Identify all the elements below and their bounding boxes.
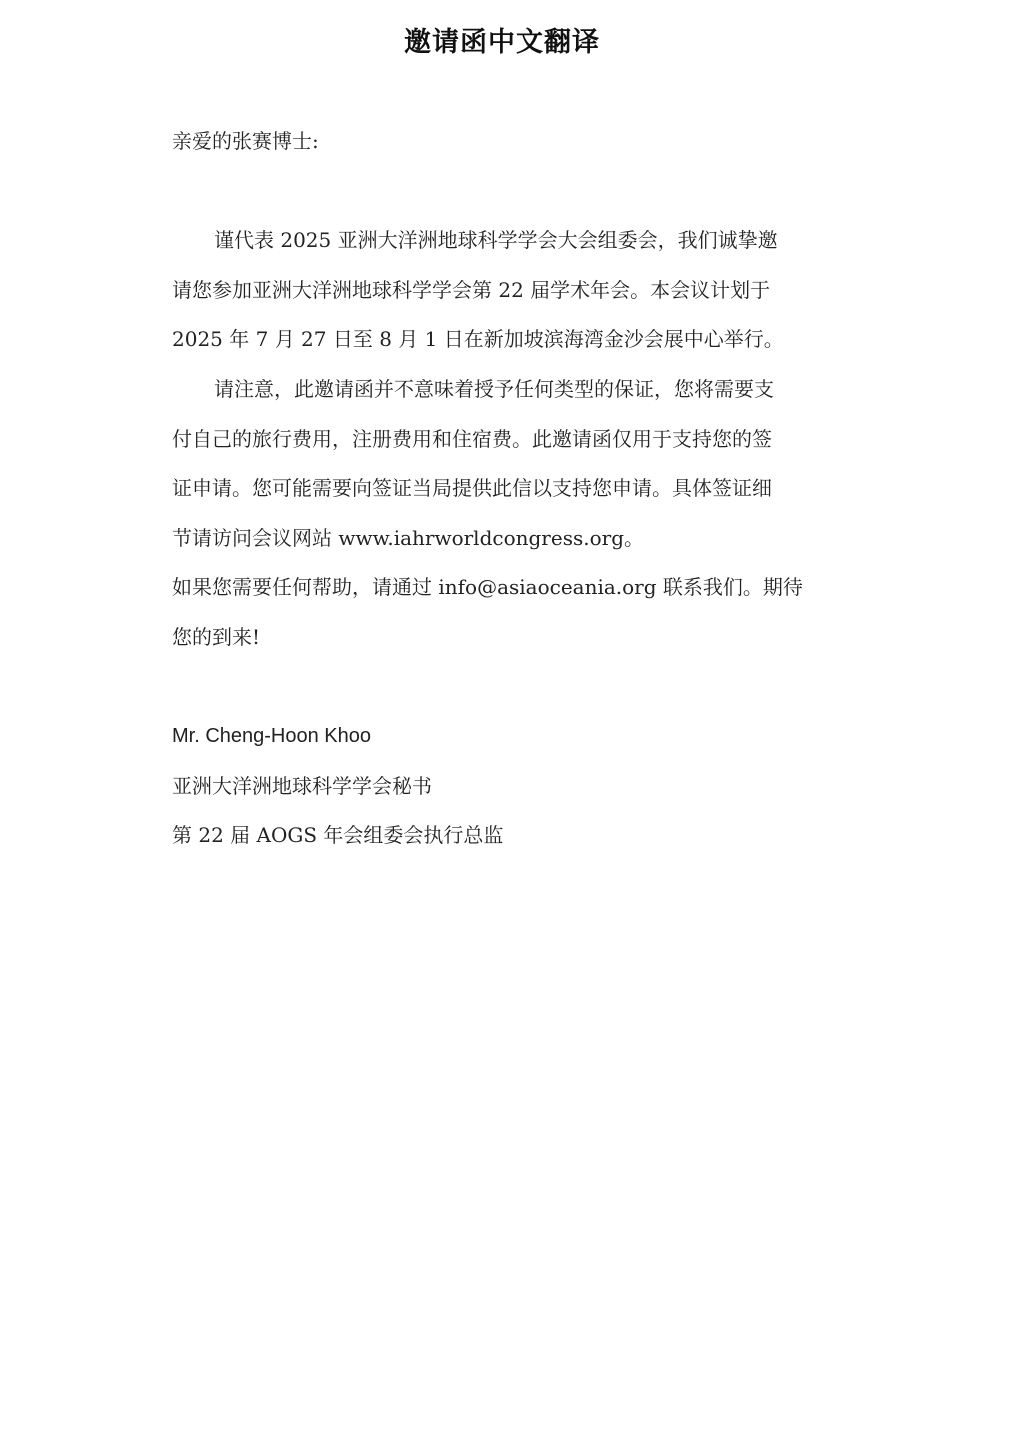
- paragraph-line: 谨代表 2025 亚洲大洋洲地球科学学会大会组委会，我们诚挚邀: [214, 225, 778, 255]
- paragraph-line: 请您参加亚洲大洋洲地球科学学会第 22 届学术年会。本会议计划于: [172, 275, 770, 305]
- paragraph-line: 您的到来!: [172, 622, 260, 652]
- paragraph-line-email: 如果您需要任何帮助，请通过 info@asiaoceania.org 联系我们。…: [172, 572, 803, 602]
- salutation: 亲爱的张赛博士:: [172, 126, 319, 156]
- signature-name: Mr. Cheng-Hoon Khoo: [172, 721, 371, 751]
- paragraph-line: 证申请。您可能需要向签证当局提供此信以支持您申请。具体签证细: [172, 473, 772, 503]
- paragraph-line: 付自己的旅行费用，注册费用和住宿费。此邀请函仅用于支持您的签: [172, 424, 772, 454]
- signature-role: 第 22 届 AOGS 年会组委会执行总监: [172, 820, 503, 850]
- paragraph-line: 请注意，此邀请函并不意味着授予任何类型的保证，您将需要支: [214, 374, 774, 404]
- paragraph-line-website: 节请访问会议网站 www.iahrworldcongress.org。: [172, 523, 644, 553]
- document-title: 邀请函中文翻译: [0, 20, 1004, 59]
- paragraph-line: 2025 年 7 月 27 日至 8 月 1 日在新加坡滨海湾金沙会展中心举行。: [172, 324, 784, 354]
- signature-title: 亚洲大洋洲地球科学学会秘书: [172, 771, 432, 801]
